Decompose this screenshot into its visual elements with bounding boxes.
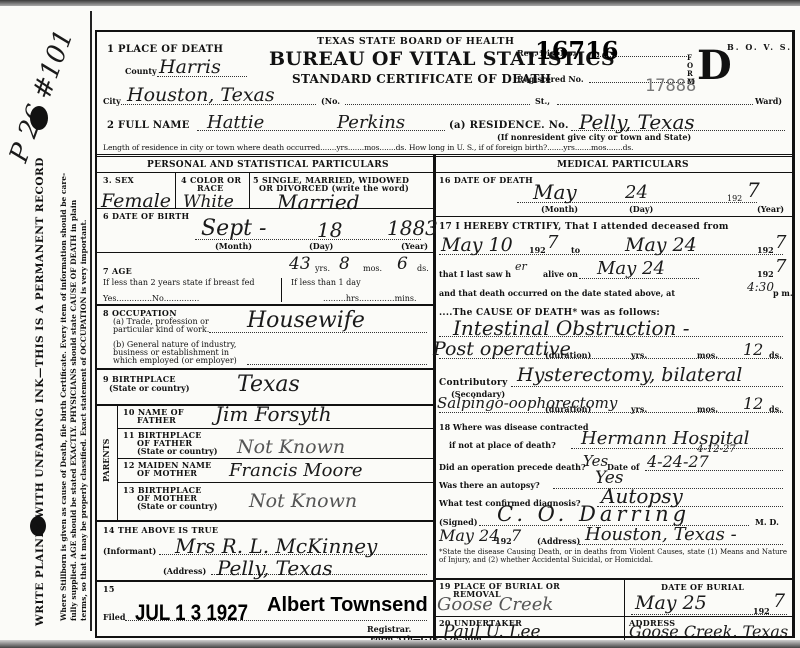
- side-instruction-2: fully supplied. AGE should be stated EXA…: [69, 200, 79, 621]
- death-time-label: and that death occurred on the date stat…: [439, 288, 675, 298]
- dob-year: 1883: [387, 216, 438, 240]
- autopsy-label: Was there an autopsy?: [439, 480, 540, 490]
- last-name: Perkins: [337, 112, 405, 133]
- year-caption: (Year): [401, 241, 428, 251]
- cause-footnote: *State the disease Causing Death, or in …: [439, 548, 787, 564]
- residence-label: (a) RESIDENCE. No.: [449, 120, 569, 131]
- county-value: Harris: [159, 56, 221, 78]
- county-label: County: [125, 66, 157, 76]
- rule: [117, 458, 433, 459]
- rule: [97, 520, 433, 522]
- rule: [117, 428, 433, 429]
- dod-year-prefix: 192: [727, 194, 742, 203]
- cause-duration-label: (duration): [545, 350, 591, 360]
- informant-address-label: (Address): [163, 566, 206, 576]
- registered-no-label: Registered No.: [517, 74, 584, 84]
- burial-year-prefix: 192: [753, 606, 770, 616]
- street-no-line: [345, 104, 530, 105]
- mos-label: mos.: [363, 264, 382, 273]
- residence-note: (If nonresident give city or town and St…: [497, 132, 691, 142]
- last-saw-year-prefix: 192: [757, 269, 774, 279]
- dob-label: 6 DATE OF BIRTH: [103, 211, 189, 221]
- marital-value: Married: [277, 190, 360, 214]
- undertaker-address-value: Goose Creek. Texas: [629, 622, 788, 641]
- board-title: TEXAS STATE BOARD OF HEALTH: [317, 36, 514, 47]
- color-value: White: [183, 192, 234, 212]
- ink-blot: [30, 106, 48, 130]
- rule: [624, 578, 625, 640]
- mother-name-value: Francis Moore: [229, 460, 363, 481]
- occupation-b3: which employed (or employer): [113, 356, 237, 365]
- certificate-title: STANDARD CERTIFICATE OF DEATH: [292, 72, 551, 86]
- length-of-residence: Length of residence in city or town wher…: [103, 143, 633, 152]
- last-saw-date: May 24: [597, 258, 665, 279]
- birthplace-value: Texas: [237, 372, 300, 397]
- parents-label: PARENTS: [101, 439, 111, 482]
- father-name-value: Jim Forsyth: [215, 402, 332, 426]
- informant-label: (Informant): [103, 546, 156, 556]
- burial-year: 7: [773, 590, 785, 612]
- occupation-value: Housewife: [247, 308, 365, 333]
- rule: [433, 172, 794, 173]
- mother-name-label-2: OF MOTHER: [137, 468, 197, 478]
- filed-label: Filed: [103, 612, 125, 622]
- street-label: St.,: [535, 96, 550, 106]
- dob-month: Sept -: [201, 216, 266, 241]
- last-saw-label: that I last saw h: [439, 269, 511, 279]
- side-instruction-1: Where Stillborn is given as cause of Dea…: [59, 173, 69, 621]
- age-months: 8: [339, 254, 350, 274]
- cause-mos: mos.: [697, 350, 718, 360]
- physician-address-label: (Address): [537, 536, 580, 546]
- side-banner: WRITE PLAINLY WITH UNFADING INK—THIS IS …: [34, 157, 46, 626]
- father-birthplace-value: Not Known: [237, 436, 345, 458]
- rule: [117, 404, 118, 520]
- form-label: FORM: [687, 54, 695, 86]
- contributory-1: Hysterectomy, bilateral: [517, 364, 742, 386]
- contracted-label-2: if not at place of death?: [449, 440, 556, 450]
- last-saw-year: 7: [775, 256, 786, 277]
- informant-value: Mrs R. L. McKinney: [175, 534, 377, 558]
- operation-label: Did an operation precede death?: [439, 462, 586, 472]
- less-than-day-label: If less than 1 day: [291, 278, 361, 287]
- header-divider: [97, 154, 794, 157]
- filed-date-stamp: JUL 1 3 1927: [135, 600, 248, 626]
- rule: [97, 208, 433, 209]
- personal-section-title: PERSONAL AND STATISTICAL PARTICULARS: [147, 160, 389, 170]
- residence-value: Pelly, Texas: [579, 110, 695, 134]
- certificate-paper: P 26 #101 WRITE PLAINLY WITH UNFADING IN…: [0, 6, 800, 642]
- dod-year: 7: [747, 178, 760, 202]
- form-letter: D: [697, 46, 732, 86]
- attended-to: May 24: [625, 234, 697, 256]
- contrib-mos: mos.: [697, 404, 718, 414]
- birthplace-caption: (State or country): [109, 383, 190, 393]
- contracted-label: 18 Where was disease contracted: [439, 422, 588, 432]
- margin-rule: [90, 11, 92, 631]
- physician-address-value: Houston, Texas -: [585, 524, 737, 545]
- burial-date-value: May 25: [635, 592, 707, 614]
- mother-birthplace-value: Not Known: [249, 490, 357, 512]
- death-certificate-form: 1 PLACE OF DEATH County Harris TEXAS STA…: [95, 30, 795, 638]
- city-value: Houston, Texas: [127, 84, 275, 106]
- dod-day-caption: (Day): [629, 204, 653, 214]
- rule: [97, 252, 433, 253]
- rule: [433, 578, 794, 580]
- to-label: to: [571, 245, 580, 255]
- bovs-label: B. O. V. S.: [727, 42, 792, 52]
- father-name-label-2: FATHER: [137, 415, 176, 425]
- rule: [281, 278, 282, 302]
- death-time-suffix: p m.: [773, 288, 793, 298]
- rule: [433, 216, 794, 217]
- dod-month-caption: (Month): [541, 204, 578, 214]
- cause-duration-days: 12: [743, 340, 763, 359]
- alive-on-label: alive on: [543, 269, 578, 279]
- attended-from-prefix: 192: [529, 245, 546, 255]
- day-caption: (Day): [309, 241, 333, 251]
- attended-from: May 10: [441, 234, 513, 256]
- medical-section-title: MEDICAL PARTICULARS: [557, 160, 689, 170]
- signed-date: May 24: [439, 526, 499, 545]
- signed-year: 7: [511, 526, 521, 545]
- breast-fed-label: If less than 2 years state if breast fed: [103, 278, 254, 287]
- operation-date: 4-24-27: [647, 452, 709, 471]
- contrib-ds: ds.: [769, 404, 782, 414]
- signed-year-prefix: 192: [495, 536, 512, 546]
- informant-address-value: Pelly, Texas: [217, 556, 333, 580]
- item-15: 15: [103, 584, 115, 594]
- street-no-label: (No.: [321, 96, 340, 106]
- yrs-label: yrs.: [315, 264, 330, 273]
- attended-to-year: 7: [775, 232, 786, 253]
- rule: [97, 368, 433, 370]
- burial-date-label: DATE OF BURIAL: [661, 582, 744, 592]
- rule: [433, 616, 794, 617]
- rule: [97, 304, 433, 306]
- ds-label: ds.: [417, 264, 429, 273]
- margin-note: P 26 #101: [4, 26, 80, 166]
- certify-label: 17 I HEREBY CTRTIFY, That I attended dec…: [439, 222, 729, 232]
- contributory-label: Contributory: [439, 378, 508, 388]
- full-name-label: 2 FULL NAME: [107, 120, 190, 131]
- ward-line: [557, 104, 753, 105]
- attended-to-prefix: 192: [757, 245, 774, 255]
- month-caption: (Month): [215, 241, 252, 251]
- sex-label: 3. SEX: [103, 175, 134, 185]
- cause-ds: ds.: [769, 350, 782, 360]
- rule: [117, 482, 433, 483]
- rule: [249, 172, 250, 208]
- dod-month: May: [533, 180, 577, 204]
- place-of-death-label: 1 PLACE OF DEATH: [107, 44, 223, 55]
- contrib-duration-days: 12: [743, 394, 763, 413]
- father-birthplace-caption: (State or country): [137, 446, 218, 456]
- dod-label: 16 DATE OF DEATH: [439, 175, 533, 185]
- md-label: M. D.: [755, 517, 779, 527]
- contrib-yrs: yrs.: [631, 404, 647, 414]
- rule: [97, 172, 433, 173]
- last-saw-pronoun: er: [515, 260, 527, 273]
- cause-yrs: yrs.: [631, 350, 647, 360]
- registrar-stamp: Albert Townsend: [267, 594, 428, 617]
- first-name: Hattie: [207, 112, 264, 133]
- ward-label: Ward): [755, 96, 782, 106]
- signed-value: C. O. Darring: [497, 502, 690, 526]
- dod-day: 24: [625, 182, 648, 203]
- side-instruction-3: terms, so that it may be properly classi…: [79, 219, 89, 621]
- rule: [175, 172, 176, 208]
- hrs-mins-field: .........hrs..............mins.: [323, 294, 417, 303]
- attended-from-year: 7: [547, 232, 558, 253]
- age-days: 6: [397, 254, 408, 274]
- occupation-a2: particular kind of work.: [113, 325, 209, 334]
- burial-place-value: Goose Creek: [437, 594, 553, 615]
- dod-year-caption: (Year): [757, 204, 784, 214]
- age-years: 43: [289, 254, 311, 274]
- yes-no-field: Yes..............No..............: [103, 294, 199, 303]
- mother-birthplace-caption: (State or country): [137, 501, 218, 511]
- reg-dis-number: 16716: [535, 36, 619, 65]
- scan-bottom-edge: [0, 640, 800, 648]
- city-label: City: [103, 96, 121, 106]
- cause-1: Intestinal Obstruction -: [453, 316, 690, 340]
- age-label: 7 AGE: [103, 266, 132, 276]
- contrib-duration-label: (duration): [545, 404, 591, 414]
- rule: [97, 580, 433, 582]
- dob-day: 18: [317, 218, 342, 242]
- death-time-value: 4:30: [747, 280, 774, 294]
- employer-line: [247, 364, 427, 365]
- registrar-label: Registrar.: [367, 624, 411, 634]
- contributory-line-1: [511, 386, 783, 387]
- reg-dis-line: [597, 56, 687, 57]
- contributory-line-2: [439, 412, 783, 413]
